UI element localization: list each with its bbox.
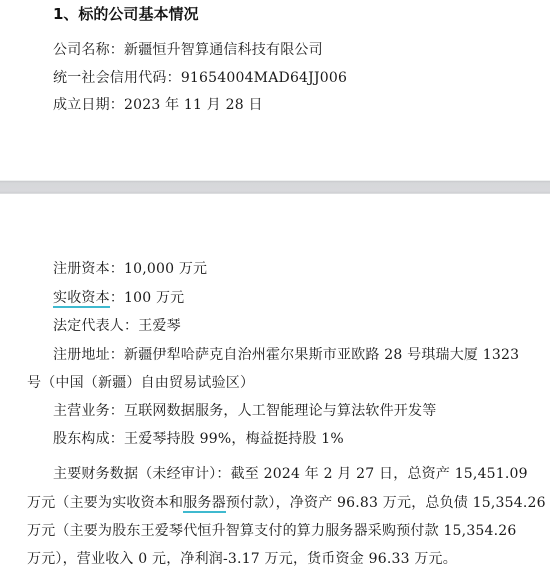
shareholders-label: 股东构成： [53, 431, 124, 447]
shareholders-row: 股东构成：王爱琴持股 99%，梅益挺持股 1% [53, 430, 344, 448]
server-link[interactable]: 服务器 [183, 495, 226, 513]
paid-in-capital-label[interactable]: 实收资本 [53, 290, 110, 308]
financials-line-2: 万元（主要为实收资本和服务器预付款），净资产 96.83 万元，总负债 15,3… [27, 494, 546, 512]
company-name-value: 新疆恒升智算通信科技有限公司 [124, 42, 323, 58]
company-name-label: 公司名称： [53, 42, 124, 58]
registered-capital-value: 10,000 万元 [124, 261, 207, 277]
financials-line-1: 主要财务数据（未经审计）：截至 2024 年 2 月 27 日，总资产 15,4… [53, 465, 528, 483]
legal-representative-label: 法定代表人： [53, 318, 138, 334]
credit-code-row: 统一社会信用代码：91654004MAD64JJ006 [53, 69, 347, 87]
founded-date-value: 2023 年 11 月 28 日 [124, 97, 263, 113]
founded-date-label: 成立日期： [53, 97, 124, 113]
main-business-value: 互联网数据服务，人工智能理论与算法软件开发等 [124, 403, 436, 419]
financials-line-2-pre: 万元（主要为实收资本和 [27, 495, 183, 511]
company-name-row: 公司名称：新疆恒升智算通信科技有限公司 [53, 41, 323, 59]
registered-address-row: 注册地址：新疆伊犁哈萨克自治州霍尔果斯市亚欧路 28 号琪瑞大厦 1323 [53, 346, 519, 364]
main-business-label: 主营业务： [53, 403, 124, 419]
financials-line-2-post: 预付款），净资产 96.83 万元，总负债 15,354.26 [226, 495, 546, 511]
paid-in-capital-value: 100 万元 [124, 290, 184, 306]
registered-capital-label: 注册资本： [53, 261, 124, 277]
registered-address-line1: 新疆伊犁哈萨克自治州霍尔果斯市亚欧路 28 号琪瑞大厦 1323 [124, 347, 519, 363]
paid-in-capital-row: 实收资本：100 万元 [53, 289, 184, 307]
financials-line-4: 万元），营业收入 0 元，净利润-3.17 万元，货币资金 96.33 万元。 [27, 550, 457, 568]
main-business-row: 主营业务：互联网数据服务，人工智能理论与算法软件开发等 [53, 402, 436, 420]
paid-in-capital-colon: ： [110, 290, 124, 306]
registered-capital-row: 注册资本：10,000 万元 [53, 260, 207, 278]
registered-address-label: 注册地址： [53, 347, 124, 363]
financials-line-3: 万元（主要为股东王爱琴代恒升智算支付的算力服务器采购预付款 15,354.26 [27, 522, 517, 540]
credit-code-label: 统一社会信用代码： [53, 70, 181, 86]
registered-address-line2: 号（中国（新疆）自由贸易试验区） [27, 374, 254, 392]
legal-representative-value: 王爱琴 [138, 318, 181, 334]
page-separator [0, 180, 550, 194]
section-title: 1、标的公司基本情况 [53, 4, 198, 24]
credit-code-value: 91654004MAD64JJ006 [181, 70, 347, 86]
founded-date-row: 成立日期：2023 年 11 月 28 日 [53, 96, 263, 114]
shareholders-value: 王爱琴持股 99%，梅益挺持股 1% [124, 431, 344, 447]
legal-representative-row: 法定代表人：王爱琴 [53, 317, 181, 335]
